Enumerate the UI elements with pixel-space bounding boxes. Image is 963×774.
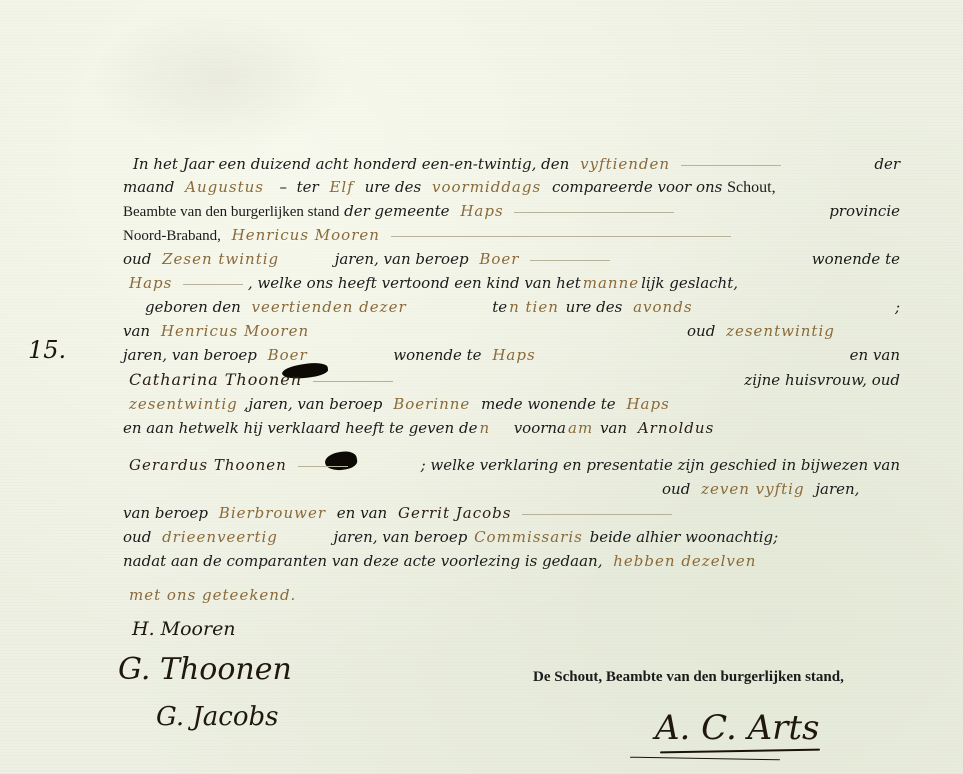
handwritten-witness-1-profession: Bierbrouwer: [213, 504, 332, 522]
line-13-end: ; welke verklaring en presentatie zijn g…: [380, 455, 900, 475]
printed-text-roman: Schout,: [727, 179, 775, 196]
handwritten-closing: hebben dezelven: [607, 552, 762, 570]
printed-text: te: [492, 298, 507, 316]
printed-text: ,jaren, van beroep: [244, 395, 383, 413]
printed-text: jaren,: [815, 480, 859, 498]
printed-text: oud: [687, 322, 715, 340]
printed-text-roman: Beambte van den burgerlijken stand: [123, 204, 339, 220]
fill-rule: [391, 236, 731, 237]
printed-text: mede wonende te: [481, 395, 616, 413]
margin-record-number: 15.: [28, 336, 66, 364]
line-14-right: oud zeven vyftig jaren,: [662, 479, 859, 499]
line-1: In het Jaar een duizend acht honderd een…: [133, 154, 781, 174]
handwritten-child-name-cont: Gerardus Thoonen: [123, 456, 293, 474]
handwritten-letters: am: [566, 419, 595, 437]
line-10-end: zijne huisvrouw, oud: [680, 370, 900, 390]
official-caption: De Schout, Beambte van den burgerlijken …: [533, 667, 844, 687]
handwritten-witness-1-age: zeven vyftig: [695, 480, 811, 498]
printed-text: ure des: [566, 298, 623, 316]
handwritten-mother-residence: Haps: [620, 395, 675, 413]
fill-rule: [298, 466, 348, 467]
signature-official: A. C. Arts: [655, 708, 820, 748]
line-5: oud Zesen twintig jaren, van beroep Boer: [123, 249, 610, 269]
line-7-end: ;: [870, 297, 900, 317]
handwritten-father-age: zesentwintig: [720, 322, 841, 340]
handwritten-father-name: Henricus Mooren: [226, 226, 386, 244]
fill-rule: [514, 212, 674, 213]
printed-text: maand: [123, 178, 174, 196]
handwritten-father-profession: Boer: [262, 346, 314, 364]
fill-rule: [522, 514, 672, 515]
paper-stain: [90, 10, 350, 150]
printed-text: voorna: [514, 419, 566, 437]
printed-text: wonende te: [393, 346, 481, 364]
dash: –: [275, 178, 292, 196]
line-9-end: en van: [800, 345, 900, 365]
line-15: van beroep Bierbrouwer en van Gerrit Jac…: [123, 503, 672, 523]
printed-text: jaren, van beroep: [335, 250, 469, 268]
printed-text: oud: [123, 250, 151, 268]
line-3-end: provincie: [790, 201, 900, 221]
handwritten-sex: manne: [581, 274, 641, 292]
printed-text: In het Jaar een duizend acht honderd een…: [133, 155, 569, 173]
fill-rule: [183, 284, 243, 285]
printed-text: lijk geslacht,: [641, 274, 738, 292]
handwritten-time-of-day: avonds: [627, 298, 698, 316]
line-7: geboren den veertienden dezer ten tien u…: [145, 297, 699, 317]
handwritten-birth-date: veertienden dezer: [246, 298, 413, 316]
printed-text: van: [123, 322, 150, 340]
printed-text: ure des: [365, 178, 422, 196]
handwritten-municipality: Haps: [454, 202, 509, 220]
handwritten-time-of-day: voormiddags: [426, 178, 547, 196]
handwritten-letter: n: [477, 419, 492, 437]
handwritten-residence: Haps: [123, 274, 178, 292]
line-18: met ons geteekend.: [123, 585, 302, 605]
printed-text: geboren den: [145, 298, 241, 316]
handwritten-mother-name: Catharina Thoonen: [123, 370, 308, 389]
printed-text: jaren, van beroep: [123, 346, 257, 364]
signature-father: H. Mooren: [132, 618, 236, 640]
line-17: nadat aan de comparanten van deze acte v…: [123, 551, 762, 571]
printed-text: nadat aan de comparanten van deze acte v…: [123, 552, 602, 570]
handwritten-mother-age: zesentwintig: [123, 395, 244, 413]
handwritten-profession: Boer: [473, 250, 525, 268]
handwritten-day: vyftienden: [574, 155, 676, 173]
handwritten-hour: Elf: [323, 178, 359, 196]
fill-rule: [681, 165, 781, 166]
printed-text: jaren, van beroep: [333, 528, 467, 546]
line-2: maand Augustus – ter Elf ure des voormid…: [123, 177, 776, 198]
line-14: Gerardus Thoonen: [123, 479, 293, 499]
printed-text: van beroep: [123, 504, 208, 522]
printed-text: oud: [662, 480, 690, 498]
printed-text: compareerde voor ons: [552, 178, 722, 196]
printed-text: en aan hetwelk hij verklaard heeft te ge…: [123, 419, 477, 437]
line-11: zesentwintig,jaren, van beroep Boerinne …: [123, 394, 676, 414]
line-3: Beambte van den burgerlijken stand der g…: [123, 201, 674, 222]
handwritten-closing: met ons geteekend.: [123, 586, 302, 604]
printed-text: en van: [337, 504, 387, 522]
signature-witness-1: G. Thoonen: [118, 652, 292, 687]
line-8: van Henricus Mooren: [123, 321, 315, 341]
line-13: Gerardus Thoonen: [123, 455, 348, 475]
handwritten-mother-profession: Boerinne: [387, 395, 476, 413]
printed-text: ter: [297, 178, 319, 196]
fill-rule: [313, 381, 393, 382]
line-4: Noord-Braband, Henricus Mooren: [123, 225, 731, 246]
line-12: en aan hetwelk hij verklaard heeft te ge…: [123, 418, 720, 438]
signature-witness-2: G. Jacobs: [156, 702, 279, 732]
fill-rule: [530, 260, 610, 261]
line-10: Catharina Thoonen: [123, 370, 393, 390]
printed-text: van: [600, 419, 627, 437]
line-5-end: wonende te: [780, 249, 900, 269]
printed-text: der gemeente: [344, 202, 449, 220]
handwritten-age: Zesen twintig: [156, 250, 285, 268]
printed-text: oud: [123, 528, 151, 546]
handwritten-month: Augustus: [179, 178, 270, 196]
handwritten-birth-hour: n tien: [507, 298, 561, 316]
handwritten-father-name: Henricus Mooren: [155, 322, 315, 340]
printed-text-roman: Noord-Braband,: [123, 228, 221, 244]
line-1-end: der: [850, 154, 900, 174]
handwritten-witness-2-age: drieenveertig: [156, 528, 284, 546]
printed-text: beide alhier woonachtig;: [590, 528, 779, 546]
line-8-right: oud zesentwintig: [687, 321, 841, 341]
line-16: oud drieenveertig jaren, van beroep Comm…: [123, 527, 778, 547]
line-9: jaren, van beroep Boer wonende te Haps: [123, 345, 542, 365]
printed-text: , welke ons heeft vertoond een kind van …: [248, 274, 581, 292]
line-6: Haps , welke ons heeft vertoond een kind…: [123, 273, 738, 293]
handwritten-child-name: Arnoldus: [632, 419, 720, 437]
handwritten-witness-2-name: Gerrit Jacobs: [392, 504, 517, 522]
handwritten-witness-2-profession: Commissaris: [472, 528, 585, 546]
handwritten-father-residence: Haps: [486, 346, 541, 364]
